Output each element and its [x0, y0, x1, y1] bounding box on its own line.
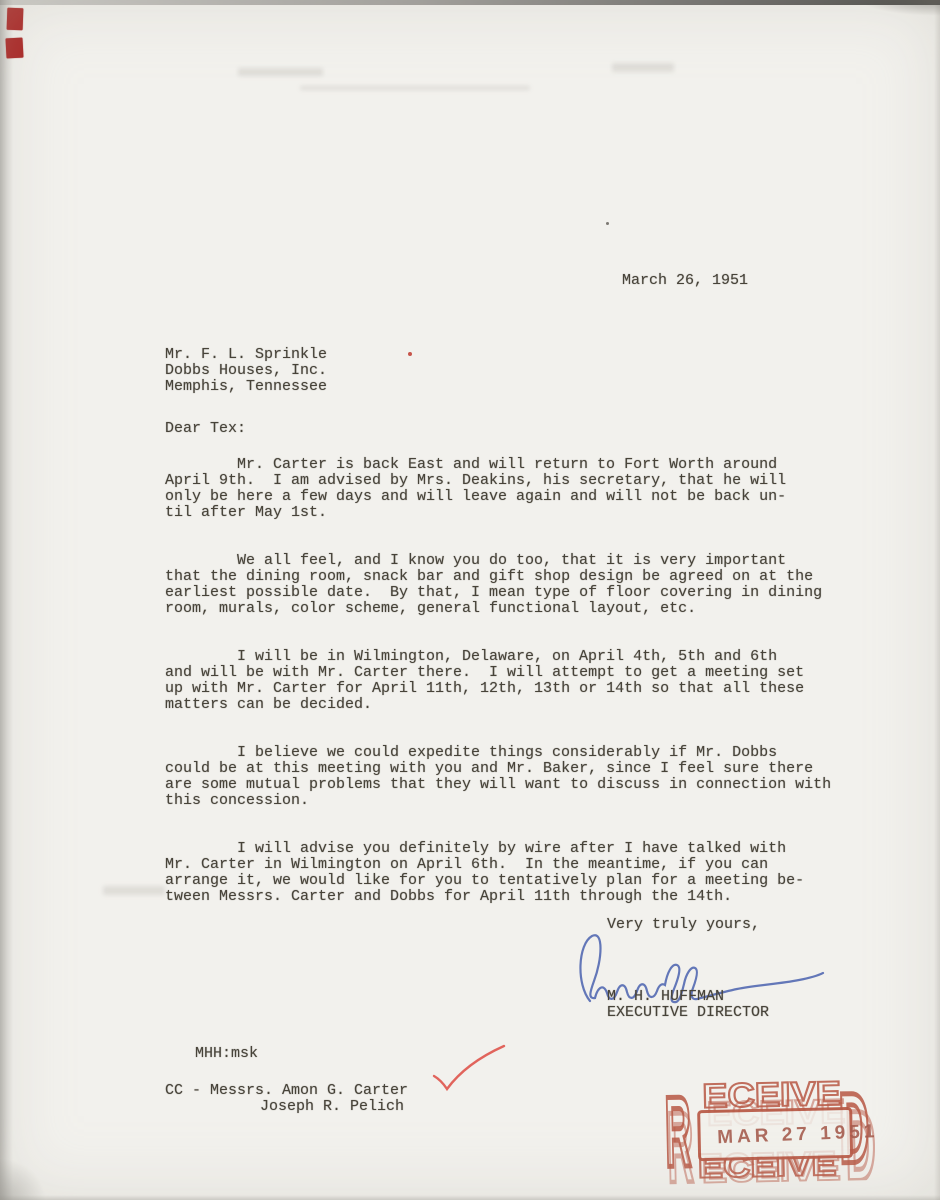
signer-name: M. H. HUFFMAN: [607, 989, 724, 1005]
red-margin-mark: [7, 8, 24, 31]
red-ink-speck: [408, 352, 412, 356]
ink-smudge: [103, 886, 165, 895]
letter-paragraph: I will be in Wilmington, Delaware, on Ap…: [165, 649, 843, 713]
letter-date: March 26, 1951: [622, 273, 748, 289]
cc-line: Joseph R. Pelich: [260, 1099, 404, 1115]
letter-paragraph: Mr. Carter is back East and will return …: [165, 457, 843, 521]
ink-smudge: [612, 63, 674, 72]
scan-edge-bottom: [0, 1195, 940, 1200]
ink-smudge: [238, 68, 323, 76]
recipient-address: Mr. F. L. Sprinkle Dobbs Houses, Inc. Me…: [165, 347, 327, 395]
letter-paragraph: We all feel, and I know you do too, that…: [165, 553, 843, 617]
scan-edge-right: [934, 0, 940, 1200]
scan-corner-bottom-left: [0, 1158, 46, 1200]
scan-edge-top: [0, 0, 940, 5]
salutation: Dear Tex:: [165, 421, 246, 437]
svg-text:R: R: [664, 1075, 692, 1184]
letter-paragraph: I will advise you definitely by wire aft…: [165, 841, 843, 905]
checkmark-annotation: [424, 1042, 509, 1096]
scan-corner-top-right: [860, 0, 940, 16]
letter-paragraph: I believe we could expedite things consi…: [165, 745, 843, 809]
reference-initials: MHH:msk: [195, 1046, 258, 1062]
cc-line: CC - Messrs. Amon G. Carter: [165, 1083, 408, 1099]
red-margin-mark: [5, 38, 23, 59]
scan-edge-left: [0, 0, 13, 1200]
signer-title: EXECUTIVE DIRECTOR: [607, 1005, 769, 1021]
dark-ink-speck: [606, 222, 609, 225]
received-stamp: R D ECEIVE ECEIVE R D ECEIVE ECEIVE MAR …: [662, 1070, 893, 1185]
ink-smudge: [300, 86, 530, 90]
